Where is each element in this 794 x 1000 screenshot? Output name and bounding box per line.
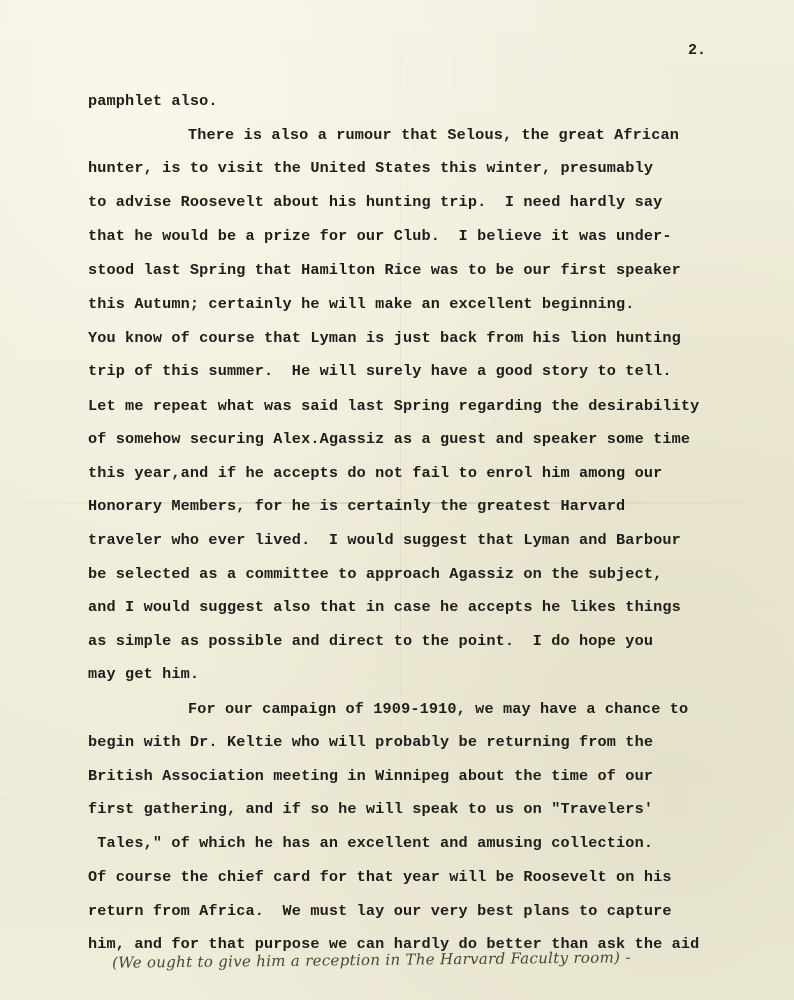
- letter-page: 2. pamphlet also. There is also a rumour…: [0, 0, 794, 1000]
- text-line: be selected as a committee to approach A…: [88, 565, 662, 583]
- text-line: For our campaign of 1909-1910, we may ha…: [188, 700, 688, 718]
- text-line: to advise Roosevelt about his hunting tr…: [88, 193, 662, 211]
- text-line: pamphlet also.: [88, 92, 218, 110]
- text-line: of somehow securing Alex.Agassiz as a gu…: [88, 430, 690, 448]
- text-line: stood last Spring that Hamilton Rice was…: [88, 261, 681, 279]
- text-line: Of course the chief card for that year w…: [88, 868, 672, 886]
- text-line: return from Africa. We must lay our very…: [88, 902, 672, 920]
- text-line: this Autumn; certainly he will make an e…: [88, 295, 635, 313]
- text-line: hunter, is to visit the United States th…: [88, 159, 653, 177]
- text-line: as simple as possible and direct to the …: [88, 632, 653, 650]
- text-line: British Association meeting in Winnipeg …: [88, 767, 653, 785]
- text-line: that he would be a prize for our Club. I…: [88, 227, 672, 245]
- text-line: first gathering, and if so he will speak…: [88, 800, 653, 818]
- text-line: and I would suggest also that in case he…: [88, 598, 681, 616]
- text-line: traveler who ever lived. I would suggest…: [88, 531, 681, 549]
- text-line: Honorary Members, for he is certainly th…: [88, 497, 625, 515]
- text-line: this year,and if he accepts do not fail …: [88, 464, 662, 482]
- text-line: You know of course that Lyman is just ba…: [88, 329, 681, 347]
- text-line: Tales," of which he has an excellent and…: [88, 834, 653, 852]
- text-line: trip of this summer. He will surely have…: [88, 362, 672, 380]
- text-line: There is also a rumour that Selous, the …: [188, 126, 679, 144]
- text-line: may get him.: [88, 665, 199, 683]
- text-line: Let me repeat what was said last Spring …: [88, 397, 699, 415]
- text-line: begin with Dr. Keltie who will probably …: [88, 733, 653, 751]
- page-number: 2.: [688, 42, 706, 59]
